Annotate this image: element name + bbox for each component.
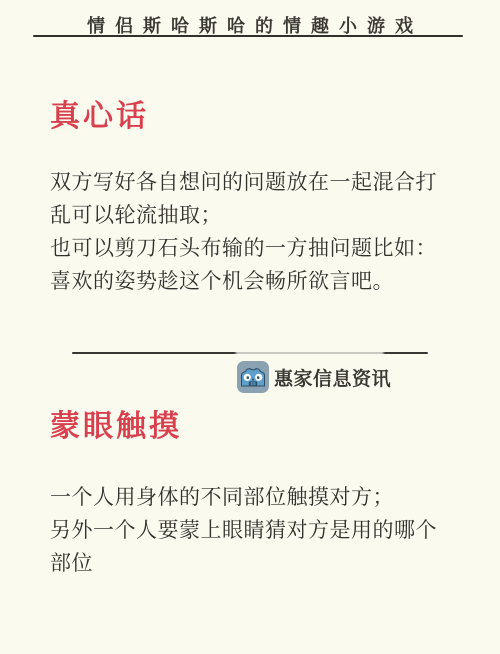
body-line: 喜欢的姿势趁这个机会畅所欲言吧。	[50, 265, 460, 298]
section-divider	[72, 352, 428, 354]
body-line: 部位	[50, 547, 460, 580]
watermark-label: 惠家信息资讯	[274, 364, 391, 391]
body-line: 一个人用身体的不同部位触摸对方；	[50, 481, 460, 514]
note-card: 情侣斯哈斯哈的情趣小游戏 真心话 双方写好各自想问的问题放在一起混合打 乱可以轮…	[0, 0, 500, 654]
section-heading-blindfold: 蒙眼触摸	[50, 411, 182, 443]
body-line: 也可以剪刀石头布输的一方抽问题比如：	[50, 232, 460, 265]
section-body-blindfold: 一个人用身体的不同部位触摸对方； 另外一个人要蒙上眼睛猜对方是用的哪个 部位	[50, 481, 460, 580]
watermark: 惠家信息资讯	[237, 361, 391, 393]
section-heading-truth: 真心话	[50, 101, 149, 133]
header-divider	[33, 35, 463, 37]
body-line: 另外一个人要蒙上眼睛猜对方是用的哪个	[50, 514, 460, 547]
robot-mascot-icon	[237, 361, 269, 393]
body-line: 乱可以轮流抽取；	[50, 199, 460, 232]
section-body-truth: 双方写好各自想问的问题放在一起混合打 乱可以轮流抽取； 也可以剪刀石头布输的一方…	[50, 166, 460, 298]
body-line: 双方写好各自想问的问题放在一起混合打	[50, 166, 460, 199]
